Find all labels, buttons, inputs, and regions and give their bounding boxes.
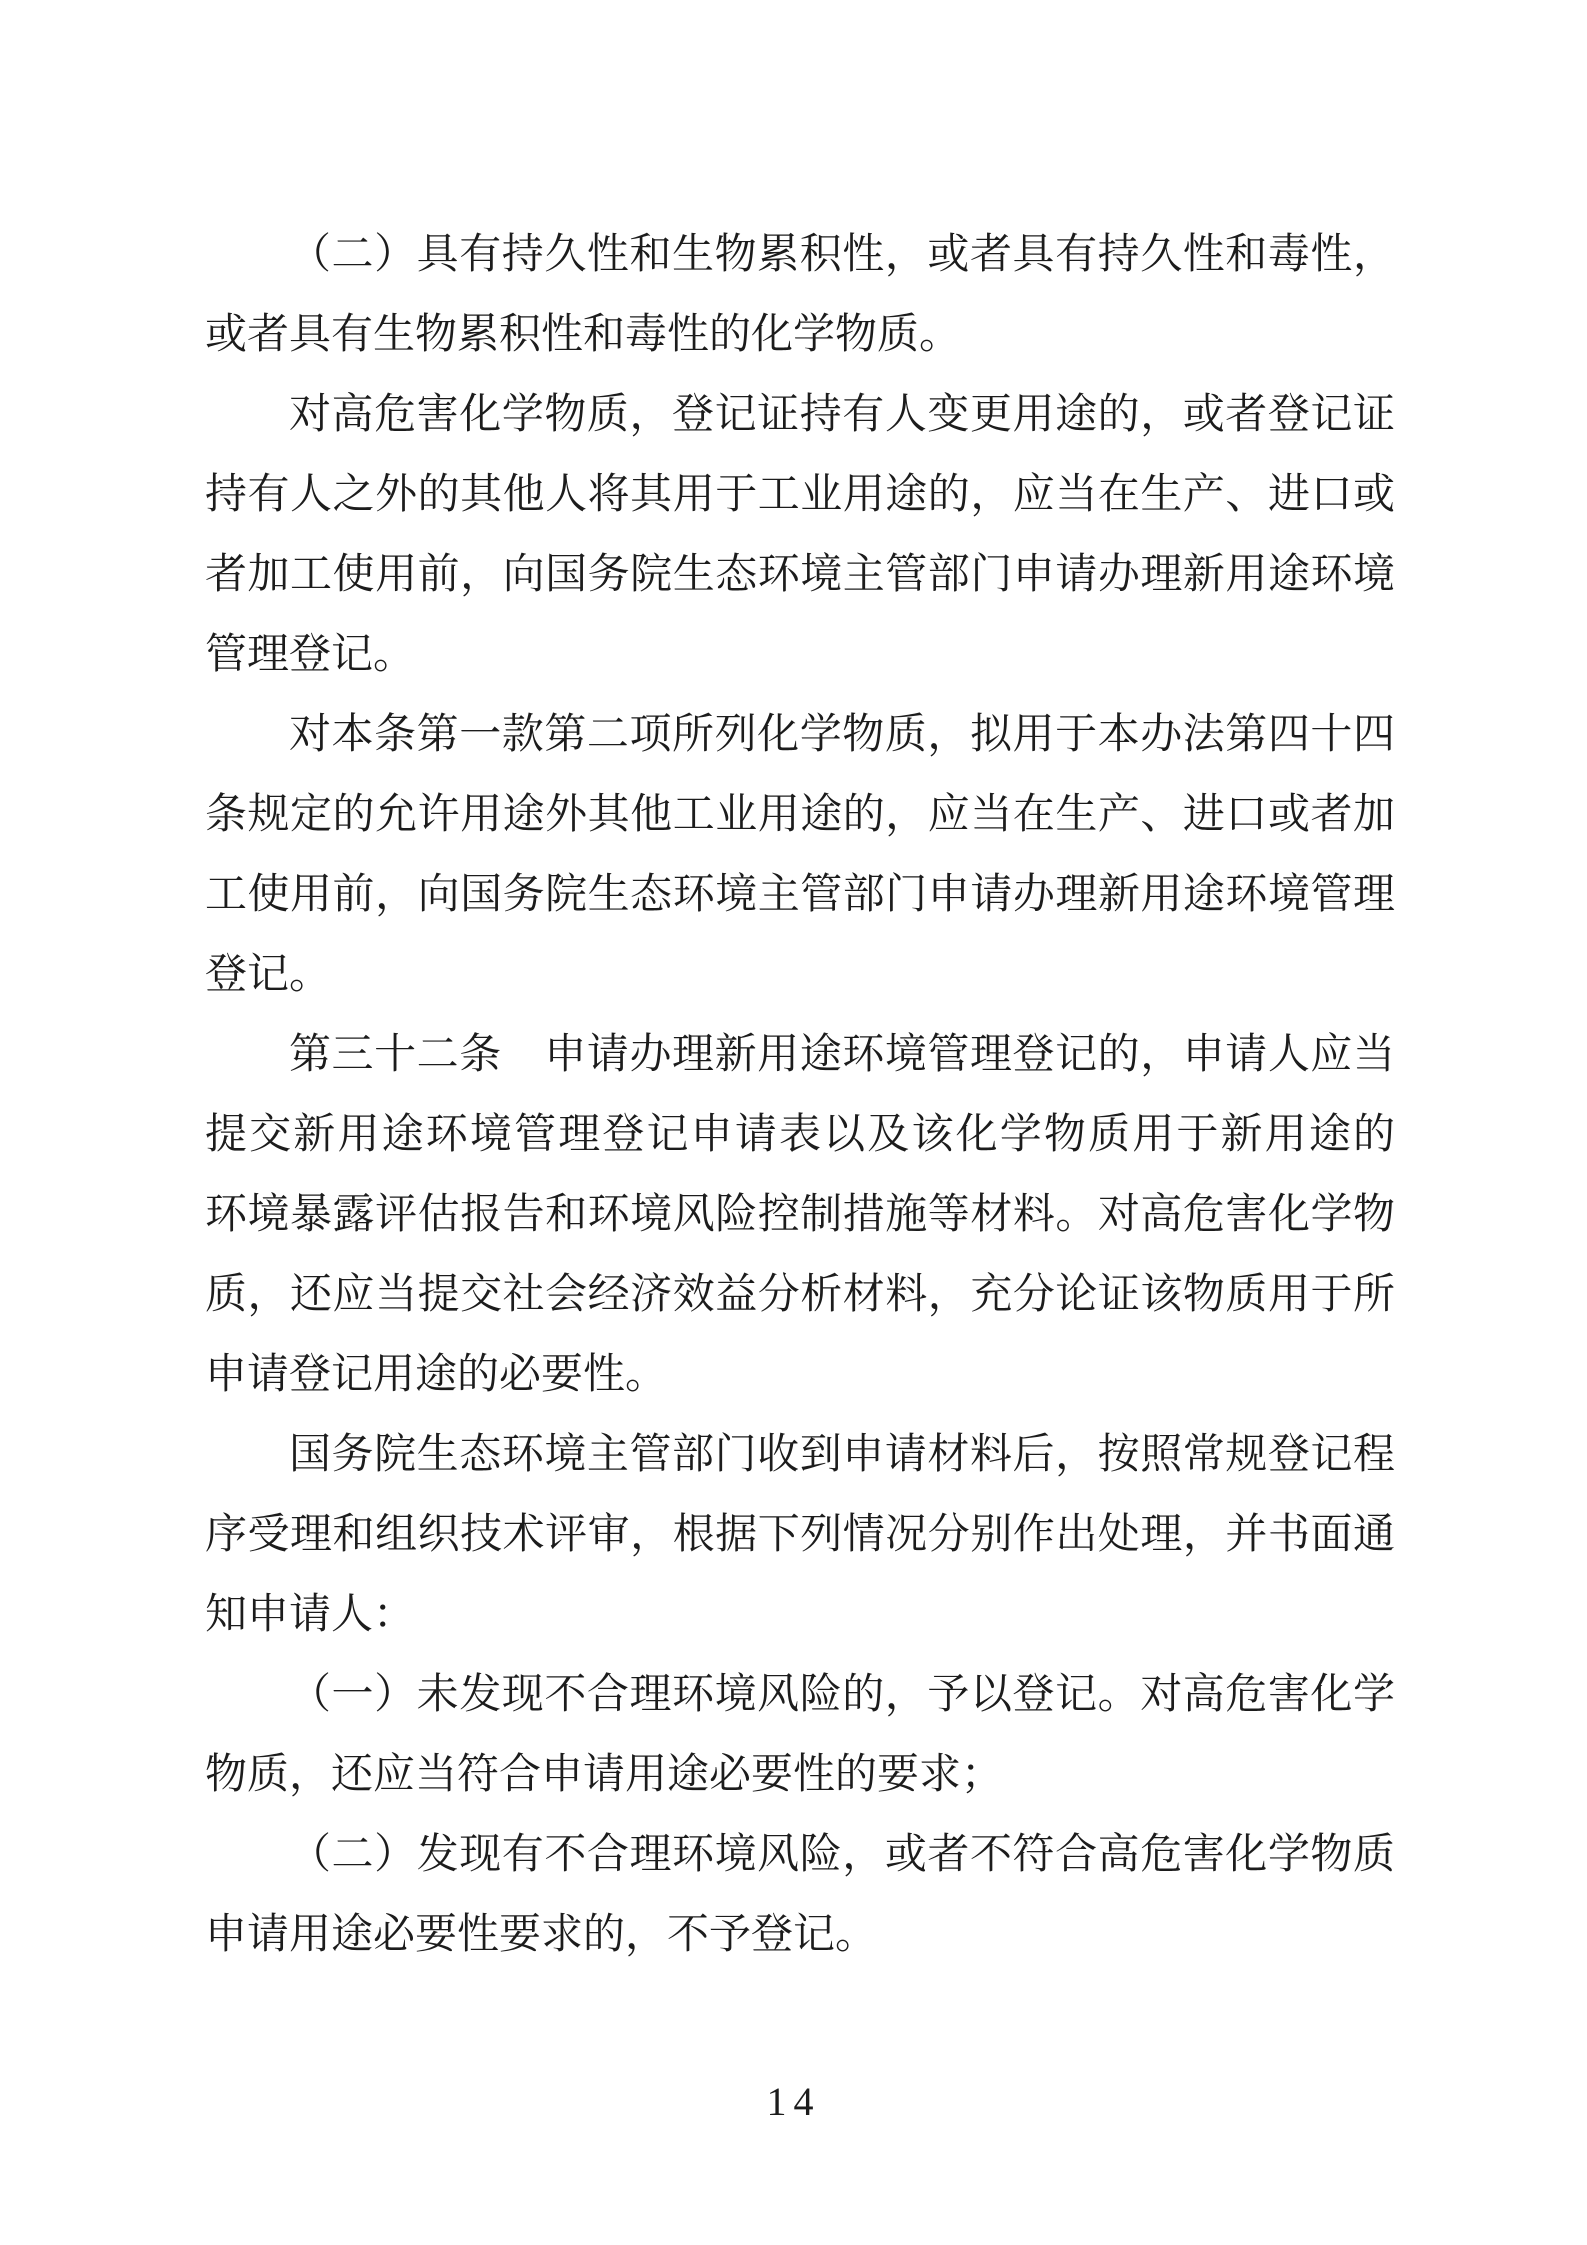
text-line: 环境暴露评估报告和环境风险控制措施等材料。对高危害化学物 xyxy=(205,1175,1395,1255)
text-line: 国务院生态环境主管部门收到申请材料后，按照常规登记程 xyxy=(205,1415,1395,1495)
text-line: 第三十二条 申请办理新用途环境管理登记的，申请人应当 xyxy=(205,1015,1395,1095)
page-footer: 14 xyxy=(0,2078,1587,2125)
text-line: 工使用前，向国务院生态环境主管部门申请办理新用途环境管理 xyxy=(205,855,1395,935)
text-line: 申请用途必要性要求的，不予登记。 xyxy=(205,1895,1395,1975)
text-line: （一）未发现不合理环境风险的，予以登记。对高危害化学 xyxy=(205,1655,1395,1735)
document-page: （二）具有持久性和生物累积性，或者具有持久性和毒性，或者具有生物累积性和毒性的化… xyxy=(0,0,1587,2245)
text-line: 对高危害化学物质，登记证持有人变更用途的，或者登记证 xyxy=(205,375,1395,455)
text-line: 或者具有生物累积性和毒性的化学物质。 xyxy=(205,295,1395,375)
text-line: （二）发现有不合理环境风险，或者不符合高危害化学物质 xyxy=(205,1815,1395,1895)
paragraph-6: （一）未发现不合理环境风险的，予以登记。对高危害化学物质，还应当符合申请用途必要… xyxy=(205,1655,1395,1815)
text-line: 物质，还应当符合申请用途必要性的要求； xyxy=(205,1735,1395,1815)
paragraph-2: 对高危害化学物质，登记证持有人变更用途的，或者登记证持有人之外的其他人将其用于工… xyxy=(205,375,1395,695)
text-line: 质，还应当提交社会经济效益分析材料，充分论证该物质用于所 xyxy=(205,1255,1395,1335)
text-line: 提交新用途环境管理登记申请表以及该化学物质用于新用途的 xyxy=(205,1095,1395,1175)
text-line: 持有人之外的其他人将其用于工业用途的，应当在生产、进口或 xyxy=(205,455,1395,535)
page-number: 14 xyxy=(767,2079,821,2124)
text-line: 管理登记。 xyxy=(205,615,1395,695)
text-line: 对本条第一款第二项所列化学物质，拟用于本办法第四十四 xyxy=(205,695,1395,775)
paragraph-3: 对本条第一款第二项所列化学物质，拟用于本办法第四十四条规定的允许用途外其他工业用… xyxy=(205,695,1395,1015)
paragraph-5: 国务院生态环境主管部门收到申请材料后，按照常规登记程序受理和组织技术评审，根据下… xyxy=(205,1415,1395,1655)
text-line: 序受理和组织技术评审，根据下列情况分别作出处理，并书面通 xyxy=(205,1495,1395,1575)
paragraph-1: （二）具有持久性和生物累积性，或者具有持久性和毒性，或者具有生物累积性和毒性的化… xyxy=(205,215,1395,375)
text-line: （二）具有持久性和生物累积性，或者具有持久性和毒性， xyxy=(205,215,1395,295)
text-line: 申请登记用途的必要性。 xyxy=(205,1335,1395,1415)
paragraph-7: （二）发现有不合理环境风险，或者不符合高危害化学物质申请用途必要性要求的，不予登… xyxy=(205,1815,1395,1975)
document-body: （二）具有持久性和生物累积性，或者具有持久性和毒性，或者具有生物累积性和毒性的化… xyxy=(205,215,1395,1975)
text-line: 登记。 xyxy=(205,935,1395,1015)
text-line: 者加工使用前，向国务院生态环境主管部门申请办理新用途环境 xyxy=(205,535,1395,615)
text-line: 条规定的允许用途外其他工业用途的，应当在生产、进口或者加 xyxy=(205,775,1395,855)
text-line: 知申请人： xyxy=(205,1575,1395,1655)
paragraph-4: 第三十二条 申请办理新用途环境管理登记的，申请人应当提交新用途环境管理登记申请表… xyxy=(205,1015,1395,1415)
